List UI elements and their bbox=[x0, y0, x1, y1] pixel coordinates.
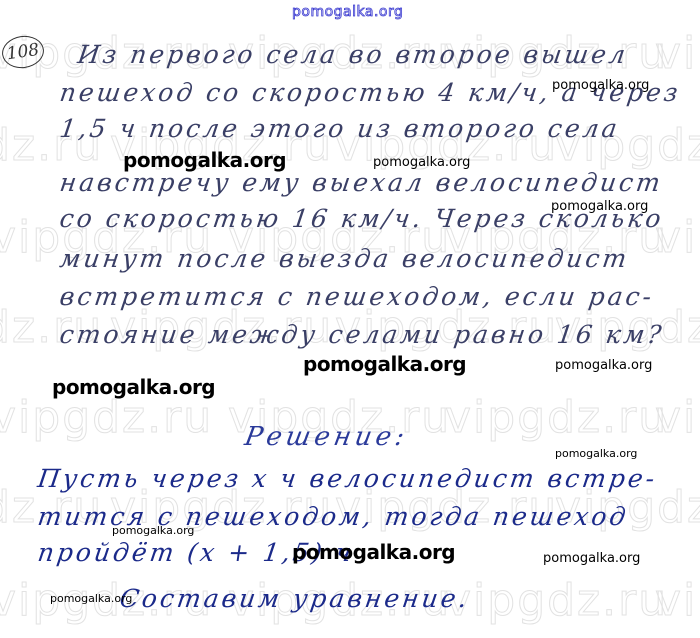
problem-line: стояние между селами равно 16 км? bbox=[58, 320, 666, 349]
overlay-watermark: pomogalka.org bbox=[303, 352, 466, 376]
problem-line: навстречу ему выехал велосипедист bbox=[58, 168, 665, 197]
top-brand-watermark: pomogalka.org bbox=[292, 4, 403, 20]
overlay-watermark: pomogalka.org bbox=[543, 551, 640, 566]
overlay-watermark: pomogalka.org bbox=[555, 447, 637, 460]
problem-line: встретится с пешеходом, если рас- bbox=[58, 282, 656, 311]
faint-watermark: vipgdz.ru bbox=[445, 575, 668, 626]
solution-line: Составим уравнение. bbox=[118, 584, 472, 613]
problem-number: 108 bbox=[6, 40, 41, 64]
overlay-watermark: pomogalka.org bbox=[123, 148, 286, 172]
overlay-watermark: pomogalka.org bbox=[555, 358, 652, 373]
overlay-watermark: pomogalka.org bbox=[373, 155, 470, 170]
overlay-watermark: pomogalka.org bbox=[52, 375, 215, 399]
solution-line: Пусть через x ч велосипедист встре- bbox=[36, 464, 659, 493]
problem-line: минут после выезда велосипедист bbox=[58, 244, 631, 273]
overlay-watermark: pomogalka.org bbox=[552, 78, 649, 93]
overlay-watermark: pomogalka.org bbox=[551, 199, 648, 214]
problem-line: Из первого села во второе вышел bbox=[76, 40, 630, 69]
homework-page: vipgdz.ru vipgdz.ru vipgdz.ru vipgdz.ru … bbox=[0, 0, 700, 638]
problem-number-badge: 108 bbox=[0, 33, 46, 71]
faint-watermark: vipgdz.ru bbox=[445, 392, 668, 443]
overlay-watermark: pomogalka.org bbox=[112, 524, 194, 537]
solution-heading: Решение: bbox=[242, 422, 410, 452]
overlay-watermark: pomogalka.org bbox=[50, 592, 132, 605]
faint-watermark: vipgdz.ru bbox=[655, 28, 700, 79]
faint-watermark: vipgdz.ru bbox=[655, 392, 700, 443]
faint-watermark: vipgdz.ru bbox=[0, 392, 213, 443]
problem-line: 1,5 ч после этого из второго села bbox=[58, 114, 622, 143]
overlay-watermark: pomogalka.org bbox=[292, 540, 455, 564]
faint-watermark: vipgdz.ru bbox=[655, 575, 700, 626]
